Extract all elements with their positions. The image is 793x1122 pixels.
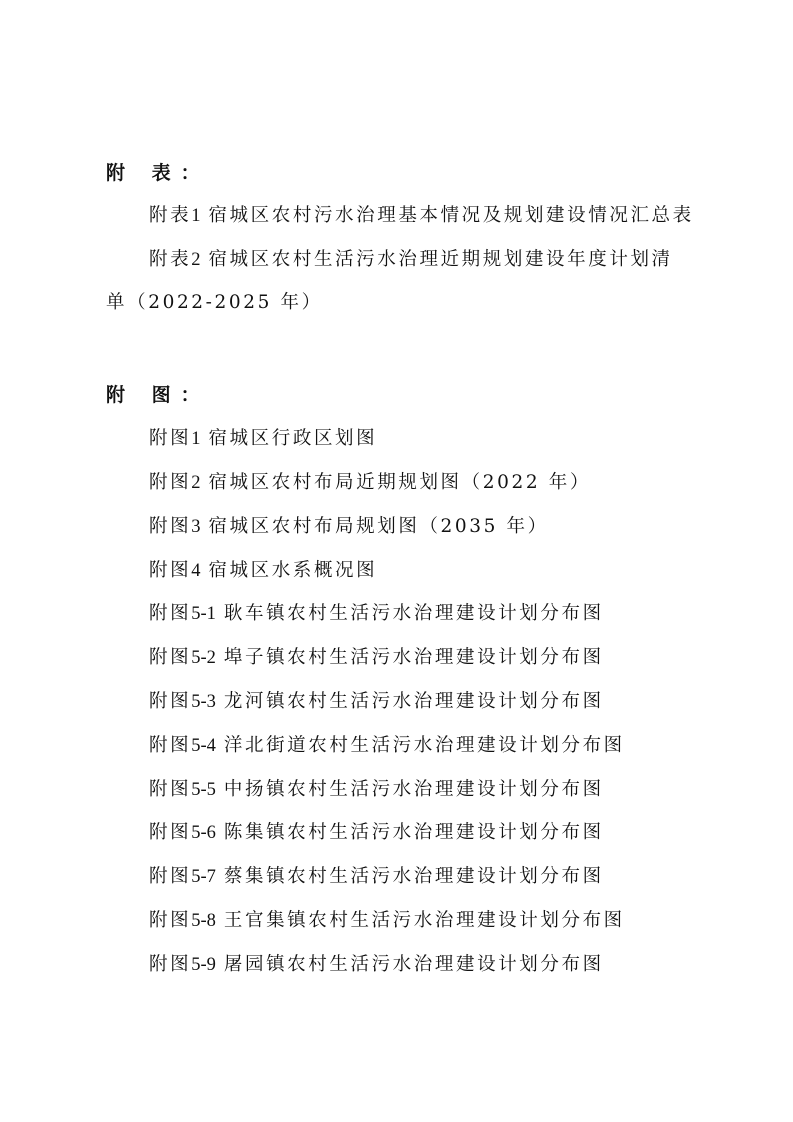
item-title: 陈集镇农村生活污水治理建设计划分布图 — [224, 822, 604, 843]
item-label: 附图 — [149, 560, 191, 581]
appendix-figure-5-8: 附图5-8王官集镇农村生活污水治理建设计划分布图 — [149, 910, 625, 932]
item-label: 附图 — [149, 822, 191, 843]
item-title: 蔡集镇农村生活污水治理建设计划分布图 — [224, 866, 604, 887]
appendix-figure-1: 附图1宿城区行政区划图 — [149, 428, 377, 450]
item-number: 5-7 — [191, 867, 216, 887]
item-number: 5-1 — [191, 604, 216, 624]
appendix-figure-5-9: 附图5-9屠园镇农村生活污水治理建设计划分布图 — [149, 954, 604, 976]
item-label: 附图 — [149, 428, 191, 449]
appendix-figure-2: 附图2宿城区农村布局近期规划图（2022 年） — [149, 472, 591, 494]
appendix-figure-5-5: 附图5-5中扬镇农村生活污水治理建设计划分布图 — [149, 779, 604, 801]
appendix-figure-5-7: 附图5-7蔡集镇农村生活污水治理建设计划分布图 — [149, 866, 604, 888]
item-label: 附表 — [149, 205, 191, 226]
item-number: 4 — [191, 561, 200, 581]
item-number: 5-5 — [191, 780, 216, 800]
item-title: 王官集镇农村生活污水治理建设计划分布图 — [224, 910, 625, 931]
heading-colon: ： — [181, 384, 200, 406]
appendix-figure-3: 附图3宿城区农村布局规划图（2035 年） — [149, 516, 549, 538]
item-title: 宿城区水系概况图 — [208, 560, 377, 581]
document-page: 附 表： 附表1宿城区农村污水治理基本情况及规划建设情况汇总表 附表2宿城区农村… — [0, 0, 793, 1122]
item-title: 宿城区农村污水治理基本情况及规划建设情况汇总表 — [208, 205, 693, 226]
item-number: 5-6 — [191, 823, 216, 843]
item-title-line2: 单（2022-2025 年） — [106, 292, 323, 313]
item-number: 5-9 — [191, 955, 216, 975]
item-label: 附图 — [149, 691, 191, 712]
item-label: 附图 — [149, 735, 191, 756]
item-title: 洋北街道农村生活污水治理建设计划分布图 — [224, 735, 625, 756]
item-title: 耿车镇农村生活污水治理建设计划分布图 — [224, 603, 604, 624]
item-label: 附图 — [149, 910, 191, 931]
item-label: 附图 — [149, 779, 191, 800]
appendix-table-1: 附表1宿城区农村污水治理基本情况及规划建设情况汇总表 — [149, 205, 694, 227]
item-number: 1 — [191, 206, 200, 226]
appendix-tables-heading: 附 表： — [106, 162, 200, 184]
heading-text: 附 图 — [106, 384, 181, 406]
appendix-table-2: 附表2宿城区农村生活污水治理近期规划建设年度计划清 — [149, 249, 673, 271]
item-title: 埠子镇农村生活污水治理建设计划分布图 — [224, 647, 604, 668]
appendix-figure-5-3: 附图5-3龙河镇农村生活污水治理建设计划分布图 — [149, 691, 604, 713]
item-label: 附图 — [149, 516, 191, 537]
item-label: 附图 — [149, 472, 191, 493]
item-number: 2 — [191, 250, 200, 270]
item-number: 2 — [191, 473, 200, 493]
appendix-figures-heading: 附 图： — [106, 384, 200, 406]
heading-text: 附 表 — [106, 162, 181, 184]
appendix-figure-5-2: 附图5-2埠子镇农村生活污水治理建设计划分布图 — [149, 647, 604, 669]
item-number: 5-3 — [191, 692, 216, 712]
item-title: 宿城区行政区划图 — [208, 428, 377, 449]
item-number: 5-4 — [191, 736, 216, 756]
item-label: 附图 — [149, 866, 191, 887]
item-title: 屠园镇农村生活污水治理建设计划分布图 — [224, 954, 604, 975]
item-label: 附图 — [149, 647, 191, 668]
appendix-figure-5-4: 附图5-4洋北街道农村生活污水治理建设计划分布图 — [149, 735, 625, 757]
item-title: 宿城区农村布局近期规划图（2022 年） — [208, 472, 590, 493]
item-title: 中扬镇农村生活污水治理建设计划分布图 — [224, 779, 604, 800]
item-label: 附图 — [149, 603, 191, 624]
item-title-line1: 宿城区农村生活污水治理近期规划建设年度计划清 — [208, 249, 672, 270]
item-label: 附表 — [149, 249, 191, 270]
item-number: 5-8 — [191, 911, 216, 931]
item-title: 龙河镇农村生活污水治理建设计划分布图 — [224, 691, 604, 712]
heading-colon: ： — [181, 162, 200, 184]
appendix-table-2-continued: 单（2022-2025 年） — [106, 292, 323, 314]
item-number: 1 — [191, 429, 200, 449]
item-title: 宿城区农村布局规划图（2035 年） — [208, 516, 548, 537]
item-label: 附图 — [149, 954, 191, 975]
item-number: 5-2 — [191, 648, 216, 668]
appendix-figure-5-1: 附图5-1耿车镇农村生活污水治理建设计划分布图 — [149, 603, 604, 625]
appendix-figure-5-6: 附图5-6陈集镇农村生活污水治理建设计划分布图 — [149, 822, 604, 844]
item-number: 3 — [191, 517, 200, 537]
appendix-figure-4: 附图4宿城区水系概况图 — [149, 560, 377, 582]
